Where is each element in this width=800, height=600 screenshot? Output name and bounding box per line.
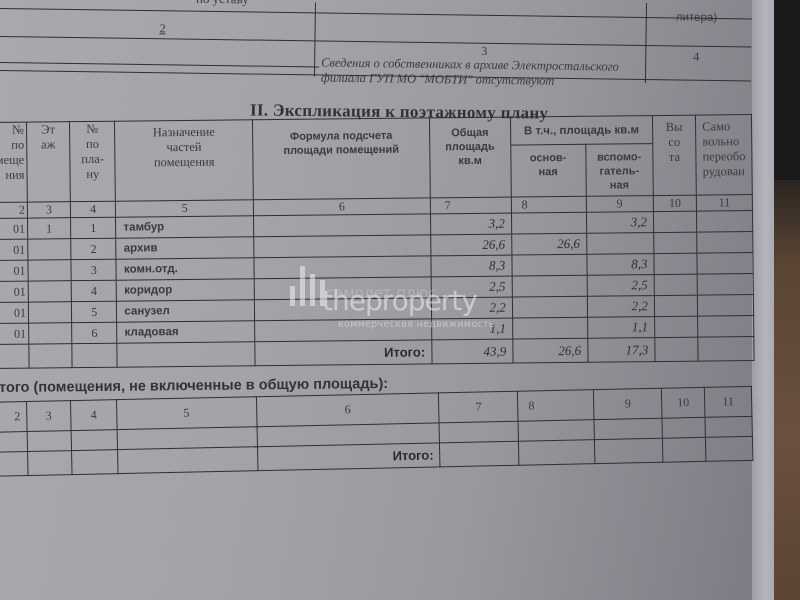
aux-area-cell [586, 233, 654, 255]
total-area-cell: 1,1 [431, 318, 512, 340]
purpose-cell: тамбур [116, 216, 254, 238]
room-number-cell: 01 [0, 323, 29, 344]
unauthorized-cell [697, 253, 753, 275]
room-number-cell: 01 [0, 239, 28, 260]
purpose-cell: санузел [117, 300, 255, 322]
unauthorized-cell [697, 295, 753, 317]
main-area-cell [512, 275, 587, 297]
room-number-cell: 01 [0, 218, 28, 239]
plan-number-cell: 1 [71, 217, 117, 238]
floor-cell [28, 239, 71, 260]
header-total-area: Общая площадь кв.м [429, 117, 511, 198]
height-cell [654, 316, 697, 337]
height-cell [653, 211, 696, 232]
total-area-cell: 2,2 [431, 297, 512, 319]
header-incl-area: В т.ч., площадь кв.м [510, 116, 652, 145]
plan-number-cell: 5 [71, 301, 117, 322]
total-area-sum: 43,9 [431, 339, 512, 364]
floor-cell [29, 323, 72, 344]
floor-cell: 1 [27, 218, 70, 239]
floor-cell [28, 260, 71, 281]
aux-area-cell: 3,2 [586, 212, 654, 234]
main-area-cell [512, 254, 587, 276]
height-cell [654, 274, 697, 295]
header-unauthorized: Само вольно переобо рудован [696, 115, 753, 196]
purpose-cell: комн.отд. [116, 258, 254, 280]
total-area-cell: 2,5 [431, 276, 512, 298]
unauthorized-cell [697, 232, 753, 254]
main-area-cell [512, 317, 587, 339]
owners-note: Сведения о собственниках в архиве Электр… [321, 55, 619, 89]
wooden-surface [774, 180, 800, 600]
column-number-4: 4 [693, 50, 699, 65]
plan-number-cell: 6 [72, 322, 118, 343]
formula-cell [254, 235, 431, 258]
header-height: Вы со та [652, 115, 696, 195]
formula-cell [254, 256, 431, 279]
total-area-cell: 3,2 [430, 213, 511, 235]
unauthorized-cell [697, 211, 753, 233]
purpose-cell: коридор [117, 279, 255, 301]
total-area-cell: 8,3 [431, 255, 512, 277]
formula-cell [255, 319, 432, 342]
formula-cell [254, 298, 431, 321]
total-area-cell: 26,6 [430, 234, 511, 256]
aux-area-cell: 8,3 [587, 254, 655, 276]
cut-header-litera: литера) [676, 11, 717, 24]
height-cell [654, 295, 697, 316]
room-number-cell: 01 [0, 302, 29, 323]
floor-cell [28, 281, 71, 302]
purpose-cell: архив [116, 237, 254, 259]
plan-number-cell: 4 [71, 280, 117, 301]
main-area-cell [511, 212, 586, 234]
header-plan-no: № по пла- ну [70, 121, 116, 201]
formula-cell [254, 277, 431, 300]
header-aux-area: вспомо- гатель- ная [585, 144, 653, 197]
total-label: Итого: [255, 340, 432, 366]
column-number-2: 2 [160, 21, 166, 36]
header-purpose: Назначение частей помещения [115, 120, 254, 201]
purpose-cell: кладовая [117, 321, 255, 343]
column-number-3: 3 [481, 44, 487, 59]
paper-edge [752, 0, 774, 600]
formula-cell [254, 214, 431, 237]
aux-area-cell: 1,1 [587, 317, 655, 339]
aux-area-cell: 2,5 [587, 275, 655, 297]
height-cell [654, 253, 697, 274]
unauthorized-cell [697, 274, 753, 296]
explication-table: № по меще ния Эт аж № по пла- ну Назначе… [0, 114, 755, 369]
main-area-sum: 26,6 [513, 338, 588, 363]
floor-cell [28, 302, 71, 323]
header-room-no: № по меще ния [0, 122, 27, 202]
excluded-total-label: Итого: [257, 443, 440, 471]
room-number-cell: 01 [0, 281, 28, 302]
header-formula: Формула подсчета площади помещений [253, 118, 430, 200]
header-floor: Эт аж [26, 122, 70, 202]
plan-number-cell: 3 [71, 259, 117, 280]
cut-header-text: по уставу [196, 0, 249, 7]
header-main-area: основ- ная [511, 144, 586, 197]
top-fragment: по уставу литера) 2 3 4 Сведения о собст… [0, 0, 752, 100]
aux-area-sum: 17,3 [587, 338, 655, 363]
main-area-cell [512, 296, 587, 318]
main-area-cell: 26,6 [511, 233, 586, 255]
aux-area-cell: 2,2 [587, 296, 655, 318]
height-cell [654, 232, 697, 253]
unauthorized-cell [698, 316, 754, 338]
plan-number-cell: 2 [71, 238, 117, 259]
room-number-cell: 01 [0, 260, 28, 281]
